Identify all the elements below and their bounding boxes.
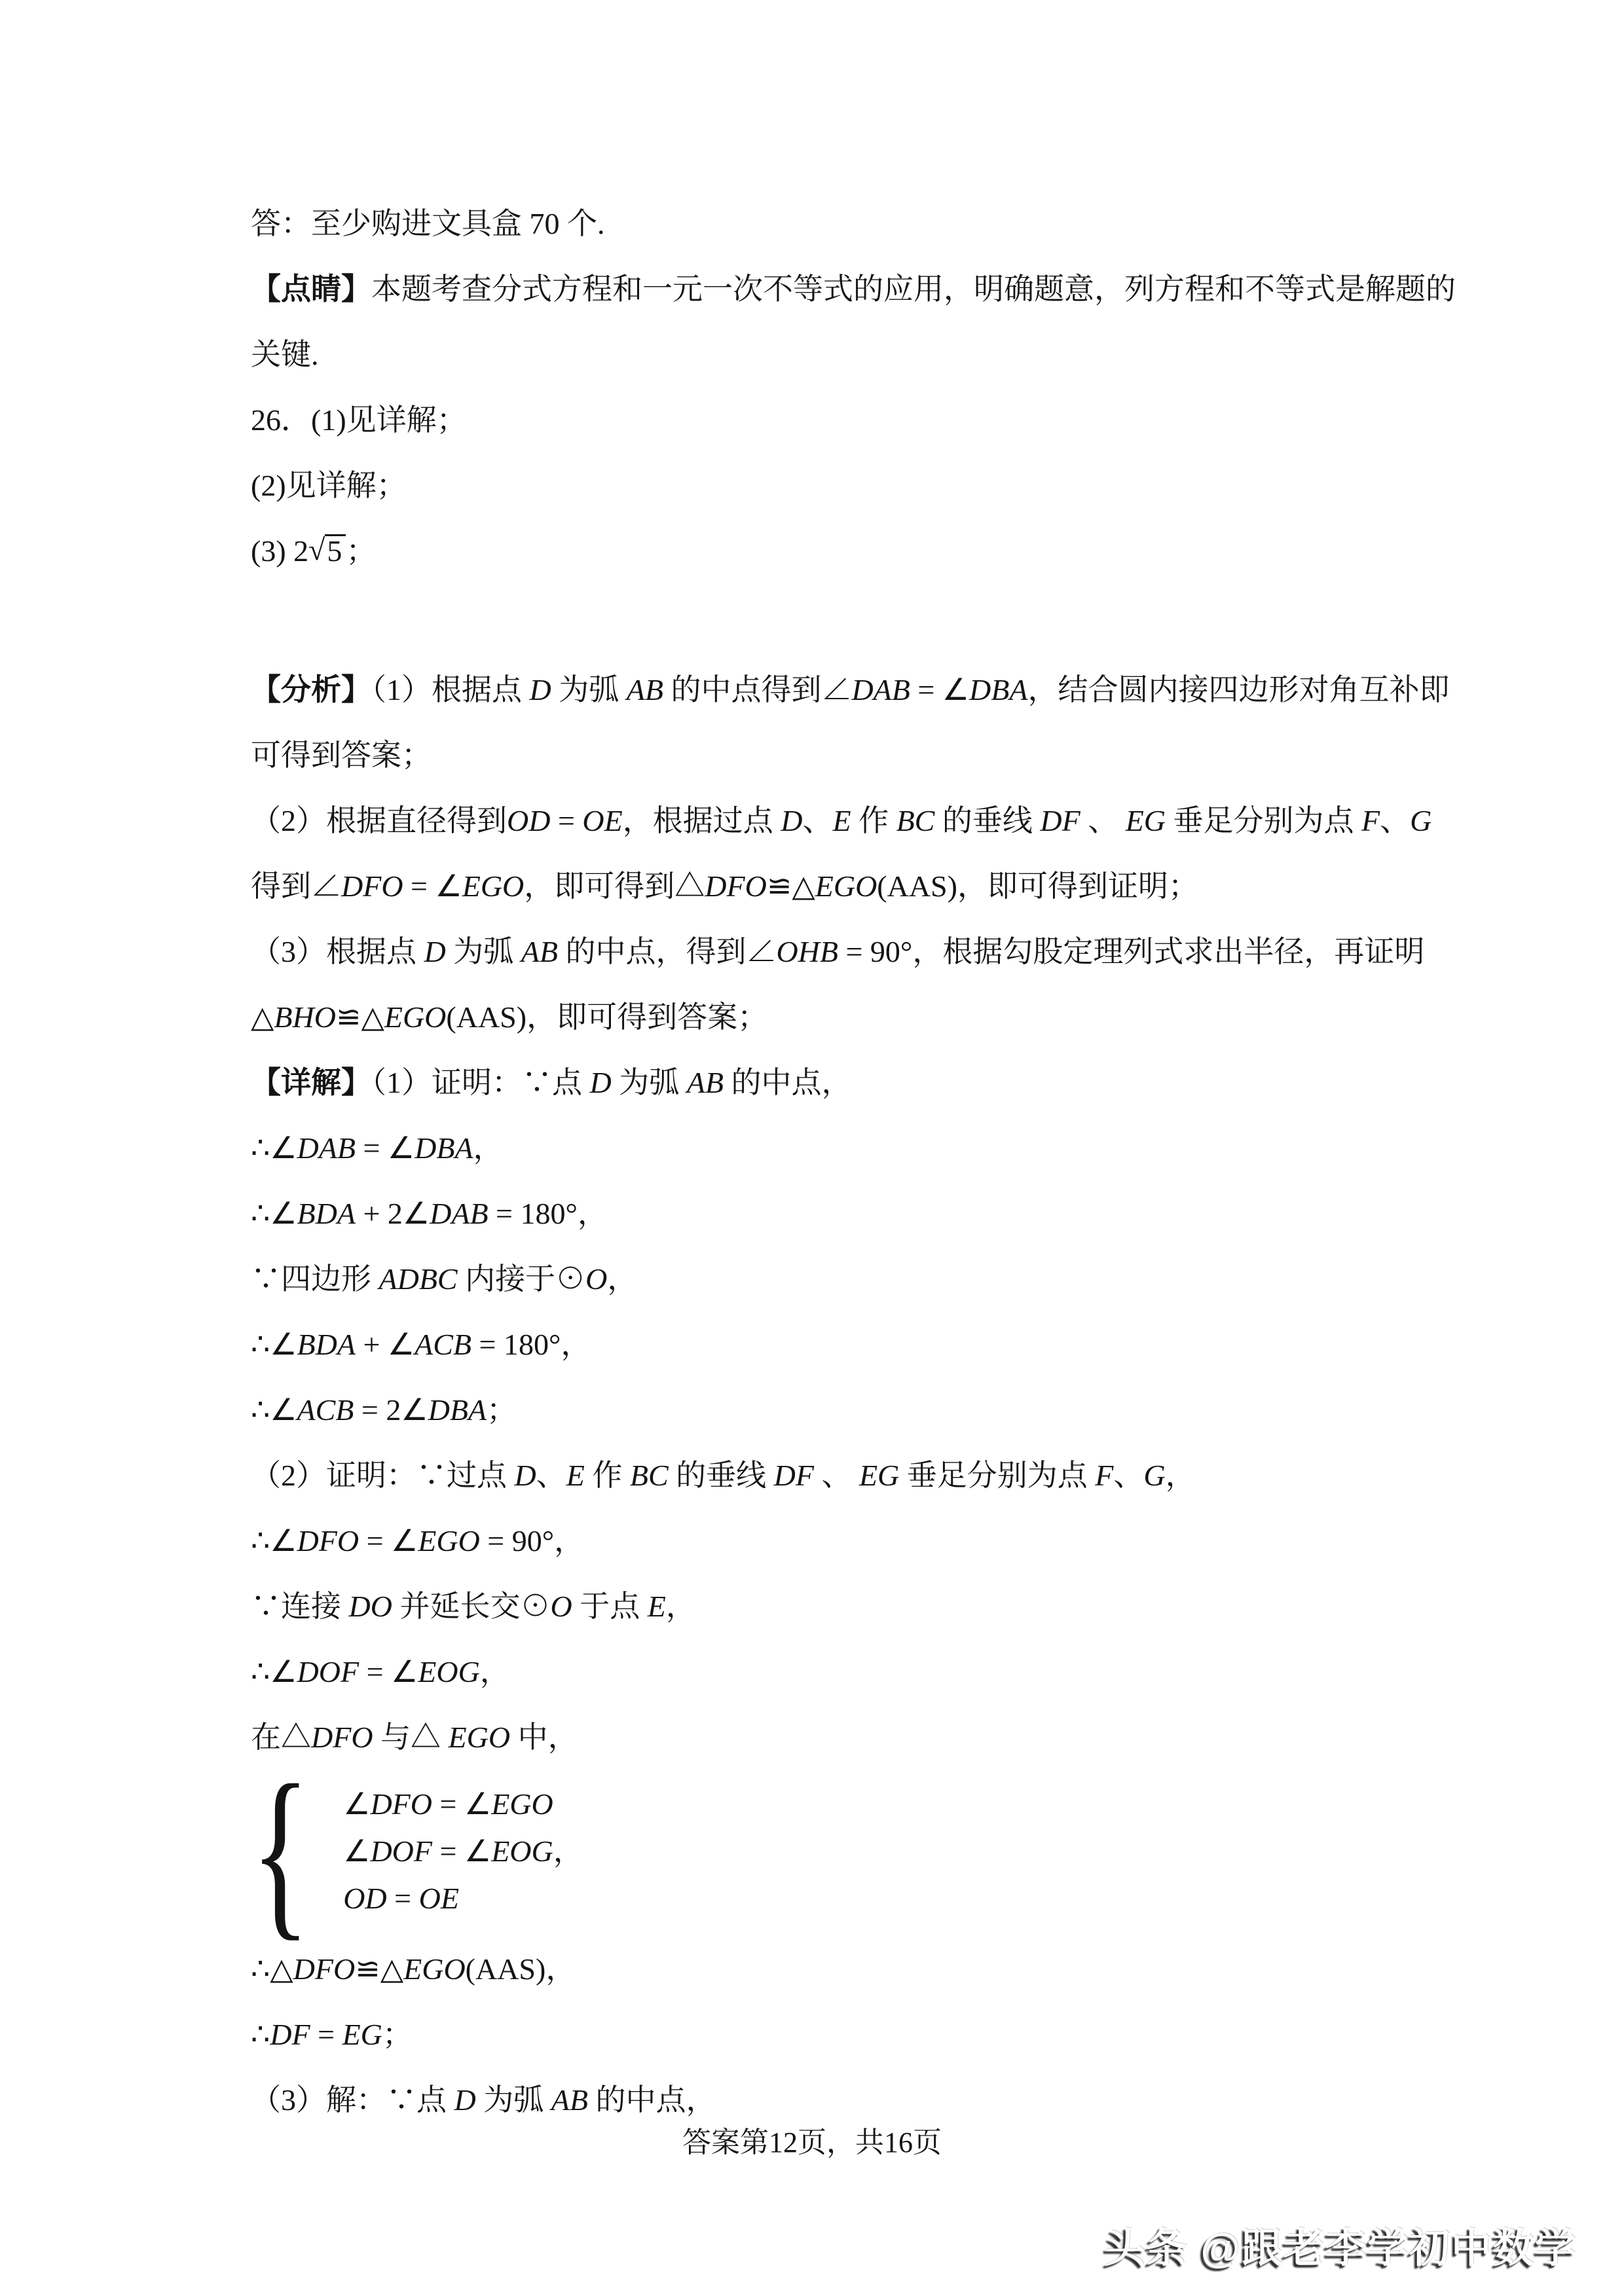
- text-segment: ∴∠: [251, 1328, 297, 1361]
- text-line: ∴∠DOF = ∠EOG，: [251, 1639, 1403, 1705]
- text-segment: 垂足分别为点: [899, 1459, 1095, 1492]
- text-segment: = 180°: [471, 1328, 561, 1361]
- text-segment: BDA: [297, 1328, 356, 1361]
- text-segment: EG: [342, 2018, 382, 2051]
- text-segment: （2）根据直径得到: [251, 804, 507, 837]
- text-segment: 70: [530, 207, 560, 240]
- text-segment: (2): [251, 469, 286, 502]
- text-segment: D: [590, 1066, 612, 1099]
- text-segment: G: [1143, 1459, 1165, 1492]
- text-segment: DBA: [428, 1393, 487, 1427]
- text-segment: （1）证明：∵点: [371, 1066, 590, 1099]
- text-segment: (AAS): [877, 869, 957, 903]
- text-segment: 为弧: [446, 935, 521, 968]
- text-segment: DFO: [293, 1952, 356, 1986]
- document-content: 答：至少购进文具盒 70 个.【点睛】本题考查分式方程和一元一次不等式的应用，明…: [251, 191, 1403, 2133]
- text-segment: 、: [1080, 804, 1126, 837]
- text-line: ∴△DFO≌△EGO(AAS)，: [251, 1937, 1403, 2002]
- text-segment: 【详解】: [251, 1066, 371, 1099]
- system-equation-line: ∠DOF = ∠EOG，: [343, 1828, 583, 1875]
- text-segment: 【分析】: [251, 673, 371, 706]
- text-segment: ，即可得到: [524, 869, 674, 903]
- text-segment: ；: [346, 534, 376, 568]
- text-segment: 关键.: [251, 338, 319, 371]
- text-segment: O: [550, 1590, 572, 1623]
- text-segment: = ∠: [432, 1834, 491, 1868]
- text-segment: BDA: [297, 1197, 356, 1230]
- text-line: 【详解】（1）证明：∵点 D 为弧 AB 的中点，: [251, 1050, 1403, 1116]
- text-segment: ∴∠: [251, 1393, 297, 1427]
- text-segment: 的中点，得到: [558, 935, 747, 968]
- text-segment: ，: [1166, 1459, 1196, 1492]
- text-segment: ∴∠: [251, 1197, 297, 1230]
- text-segment: ∠: [311, 869, 341, 903]
- text-segment: ，: [607, 1262, 637, 1296]
- text-segment: BC: [630, 1459, 669, 1492]
- text-segment: 答：至少购进文具盒: [251, 207, 530, 240]
- text-segment: DFO: [311, 1721, 373, 1754]
- text-segment: = ∠: [910, 673, 969, 706]
- text-line: ∴∠DAB = ∠DBA，: [251, 1116, 1403, 1181]
- text-segment: OE: [419, 1882, 459, 1915]
- text-segment: ，: [561, 1328, 591, 1361]
- text-segment: E: [566, 1459, 585, 1492]
- text-segment: 、: [1380, 804, 1410, 837]
- text-segment: DFO: [370, 1787, 432, 1821]
- text-segment: OD: [507, 804, 550, 837]
- text-segment: EGO: [491, 1787, 553, 1821]
- text-segment: O: [585, 1262, 607, 1296]
- text-segment: = ∠: [356, 1131, 415, 1165]
- text-segment: E: [832, 804, 851, 837]
- text-line: ∴∠BDA + ∠ACB = 180°，: [251, 1312, 1403, 1377]
- text-segment: OD: [343, 1882, 386, 1915]
- text-segment: OE: [582, 804, 622, 837]
- text-segment: AB: [687, 1066, 724, 1099]
- text-line: 【点睛】本题考查分式方程和一元一次不等式的应用，明确题意，列方程和不等式是解题的: [251, 257, 1403, 322]
- text-segment: DAB: [297, 1131, 356, 1165]
- text-line: ∴∠DFO = ∠EGO = 90°，: [251, 1508, 1403, 1574]
- text-line: 在△DFO 与△ EGO 中，: [251, 1705, 1403, 1770]
- text-line: ∴∠ACB = 2∠DBA；: [251, 1377, 1403, 1443]
- text-line: 答：至少购进文具盒 70 个.: [251, 191, 1403, 257]
- text-segment: = ∠: [359, 1524, 418, 1558]
- text-segment: ，: [554, 1524, 584, 1558]
- text-segment: 为弧: [476, 2083, 551, 2117]
- text-segment: EGO: [462, 869, 525, 903]
- text-segment: 的中点得到: [663, 673, 822, 706]
- text-segment: 本题考查分式方程和一元一次不等式的应用，明确题意，列方程和不等式是解题的: [371, 272, 1456, 306]
- text-segment: EGO: [815, 869, 877, 903]
- text-line: ∵连接 DO 并延长交⊙O 于点 E，: [251, 1574, 1403, 1639]
- text-segment: BHO: [274, 1000, 336, 1034]
- text-segment: 垂足分别为点: [1166, 804, 1361, 837]
- text-segment: DO: [349, 1590, 392, 1623]
- text-segment: DAB: [430, 1197, 488, 1230]
- text-segment: DOF: [370, 1834, 432, 1868]
- text-segment: ，根据勾股定理列式求出半径，再证明: [912, 935, 1424, 968]
- text-segment: DF: [774, 1459, 814, 1492]
- sqrt-radical: √5: [308, 534, 346, 568]
- text-segment: △: [411, 1721, 449, 1754]
- text-segment: （1）根据点: [371, 673, 530, 706]
- text-segment: EG: [859, 1459, 899, 1492]
- text-segment: ；: [487, 1393, 517, 1427]
- text-segment: AB: [521, 935, 558, 968]
- text-segment: 的中点，: [588, 2083, 716, 2117]
- system-equation-line: OD = OE: [343, 1875, 583, 1922]
- text-segment: EGO: [449, 1721, 511, 1754]
- text-segment: F: [1361, 804, 1380, 837]
- text-segment: + 2∠: [356, 1197, 430, 1230]
- text-segment: DFO: [341, 869, 403, 903]
- text-segment: 作: [585, 1459, 630, 1492]
- text-segment: = ∠: [432, 1787, 491, 1821]
- text-segment: ∴∠: [251, 1131, 297, 1165]
- text-segment: 为弧: [551, 673, 627, 706]
- text-segment: DOF: [297, 1655, 360, 1688]
- text-segment: 为弧: [612, 1066, 687, 1099]
- text-segment: ∵连接: [251, 1590, 349, 1623]
- text-segment: EOG: [491, 1834, 553, 1868]
- text-segment: OHB: [776, 935, 838, 968]
- text-segment: AB: [551, 2083, 588, 2117]
- text-segment: D: [530, 673, 551, 706]
- text-segment: ∴∠: [251, 1524, 297, 1558]
- text-segment: ∠: [821, 673, 851, 706]
- text-segment: DF: [270, 2018, 310, 2051]
- text-line: 得到∠DFO = ∠EGO，即可得到△DFO≌△EGO(AAS)，即可得到证明；: [251, 854, 1403, 919]
- text-segment: EG: [1126, 804, 1166, 837]
- text-segment: D: [515, 1459, 536, 1492]
- text-line: (3) 2√5；: [251, 519, 1403, 584]
- text-segment: 、: [802, 804, 832, 837]
- text-segment: EGO: [403, 1952, 466, 1986]
- text-segment: 【点睛】: [251, 272, 371, 306]
- text-segment: （3）解：∵点: [251, 2083, 454, 2117]
- text-line: （2）证明：∵过点 D、E 作 BC 的垂线 DF 、 EG 垂足分别为点 F、…: [251, 1443, 1403, 1508]
- text-segment: DBA: [415, 1131, 473, 1165]
- text-segment: DF: [1040, 804, 1080, 837]
- text-segment: 可得到答案；: [251, 738, 432, 772]
- text-line: 可得到答案；: [251, 723, 1403, 788]
- text-segment: 的中点，: [724, 1066, 852, 1099]
- text-segment: (3) 2: [251, 534, 308, 568]
- text-segment: =: [310, 2018, 342, 2051]
- text-segment: AB: [627, 673, 663, 706]
- text-segment: ∴: [251, 2018, 270, 2051]
- text-segment: D: [454, 2083, 476, 2117]
- equation-system: {∠DFO = ∠EGO∠DOF = ∠EOG，OD = OE: [251, 1781, 1403, 1922]
- text-segment: G: [1410, 804, 1431, 837]
- system-equation-line: ∠DFO = ∠EGO: [343, 1781, 583, 1828]
- text-segment: ∴∠: [251, 1655, 297, 1688]
- text-segment: 并延长交⊙: [392, 1590, 551, 1623]
- text-segment: ，即可得到证明；: [957, 869, 1198, 903]
- text-segment: DFO: [705, 869, 767, 903]
- text-segment: ；: [382, 2018, 413, 2051]
- text-segment: 的垂线: [934, 804, 1040, 837]
- text-segment: 作: [851, 804, 896, 837]
- text-segment: 见详解；: [346, 403, 467, 437]
- text-segment: ≌△: [336, 1000, 384, 1034]
- text-segment: = 90°: [838, 935, 912, 968]
- text-segment: ，根据过点: [623, 804, 781, 837]
- text-line: 【分析】（1）根据点 D 为弧 AB 的中点得到∠DAB = ∠DBA，结合圆内…: [251, 657, 1403, 723]
- text-segment: 得到: [251, 869, 311, 903]
- text-line: (2)见详解；: [251, 453, 1403, 519]
- page-number-text: 答案第12页，共16页: [682, 2126, 942, 2159]
- text-segment: 与: [373, 1721, 411, 1754]
- text-segment: ，: [578, 1197, 608, 1230]
- text-segment: (AAS): [446, 1000, 526, 1034]
- text-segment: (AAS): [466, 1952, 546, 1986]
- text-segment: ，: [545, 1952, 576, 1986]
- text-line: 关键.: [251, 322, 1403, 388]
- text-segment: ACB: [297, 1393, 354, 1427]
- text-segment: D: [424, 935, 446, 968]
- text-segment: 见详解；: [286, 469, 407, 502]
- text-line: （2）根据直径得到OD = OE，根据过点 D、E 作 BC 的垂线 DF 、 …: [251, 788, 1403, 854]
- text-segment: 26．(1): [251, 403, 346, 437]
- text-segment: （2）证明：∵过点: [251, 1459, 515, 1492]
- text-segment: = 90°: [480, 1524, 554, 1558]
- text-segment: ≌△: [355, 1952, 403, 1986]
- text-segment: = ∠: [403, 869, 462, 903]
- left-brace: {: [251, 1781, 310, 1922]
- text-segment: DFO: [297, 1524, 360, 1558]
- text-segment: EOG: [418, 1655, 480, 1688]
- text-segment: D: [781, 804, 802, 837]
- text-segment: DAB: [851, 673, 910, 706]
- text-segment: ，即可得到答案；: [526, 1000, 767, 1034]
- text-segment: 、: [1113, 1459, 1143, 1492]
- text-segment: ∵四边形: [251, 1262, 379, 1296]
- text-segment: ≌△: [767, 869, 815, 903]
- text-segment: ，: [480, 1655, 510, 1688]
- text-segment: ，: [553, 1834, 583, 1868]
- text-segment: ，: [666, 1590, 696, 1623]
- text-segment: = ∠: [359, 1655, 418, 1688]
- text-segment: =: [550, 804, 582, 837]
- text-segment: △: [251, 1000, 274, 1034]
- text-line: ∴∠BDA + 2∠DAB = 180°，: [251, 1181, 1403, 1247]
- text-segment: 、: [814, 1459, 859, 1492]
- text-segment: ACB: [415, 1328, 471, 1361]
- text-segment: ，: [473, 1131, 504, 1165]
- page-footer: 答案第12页，共16页: [0, 2119, 1624, 2160]
- text-segment: △: [674, 869, 705, 903]
- text-segment: F: [1095, 1459, 1113, 1492]
- text-segment: EGO: [384, 1000, 447, 1034]
- text-segment: E: [648, 1590, 666, 1623]
- text-segment: 的垂线: [669, 1459, 774, 1492]
- text-line: ∵四边形 ADBC 内接于⊙O，: [251, 1247, 1403, 1312]
- text-segment: 于点: [572, 1590, 648, 1623]
- text-segment: ∠: [746, 935, 776, 968]
- document-page: 答：至少购进文具盒 70 个.【点睛】本题考查分式方程和一元一次不等式的应用，明…: [0, 0, 1624, 2296]
- text-segment: 、: [536, 1459, 566, 1492]
- text-segment: BC: [896, 804, 935, 837]
- text-segment: 个.: [560, 207, 605, 240]
- text-segment: = 2∠: [354, 1393, 428, 1427]
- text-segment: + ∠: [356, 1328, 415, 1361]
- text-segment: 中，: [510, 1721, 578, 1754]
- text-segment: 内接于⊙: [458, 1262, 586, 1296]
- text-line: 26．(1)见详解；: [251, 388, 1403, 453]
- text-segment: （3）根据点: [251, 935, 424, 968]
- text-segment: ∠: [343, 1834, 370, 1868]
- text-segment: ADBC: [379, 1262, 458, 1296]
- text-segment: EGO: [418, 1524, 480, 1558]
- text-line: △BHO≌△EGO(AAS)，即可得到答案；: [251, 985, 1403, 1050]
- watermark: 头条 @跟老李学初中数学: [1104, 2215, 1577, 2274]
- text-segment: ∠: [343, 1787, 370, 1821]
- text-segment: ∴△: [251, 1952, 293, 1986]
- text-line: ∴DF = EG；: [251, 2002, 1403, 2068]
- text-segment: ，结合圆内接四边形对角互补即: [1027, 673, 1449, 706]
- text-line: （3）根据点 D 为弧 AB 的中点，得到∠OHB = 90°，根据勾股定理列式…: [251, 919, 1403, 985]
- text-segment: =: [387, 1882, 419, 1915]
- text-segment: = 180°: [489, 1197, 578, 1230]
- text-segment: DBA: [969, 673, 1027, 706]
